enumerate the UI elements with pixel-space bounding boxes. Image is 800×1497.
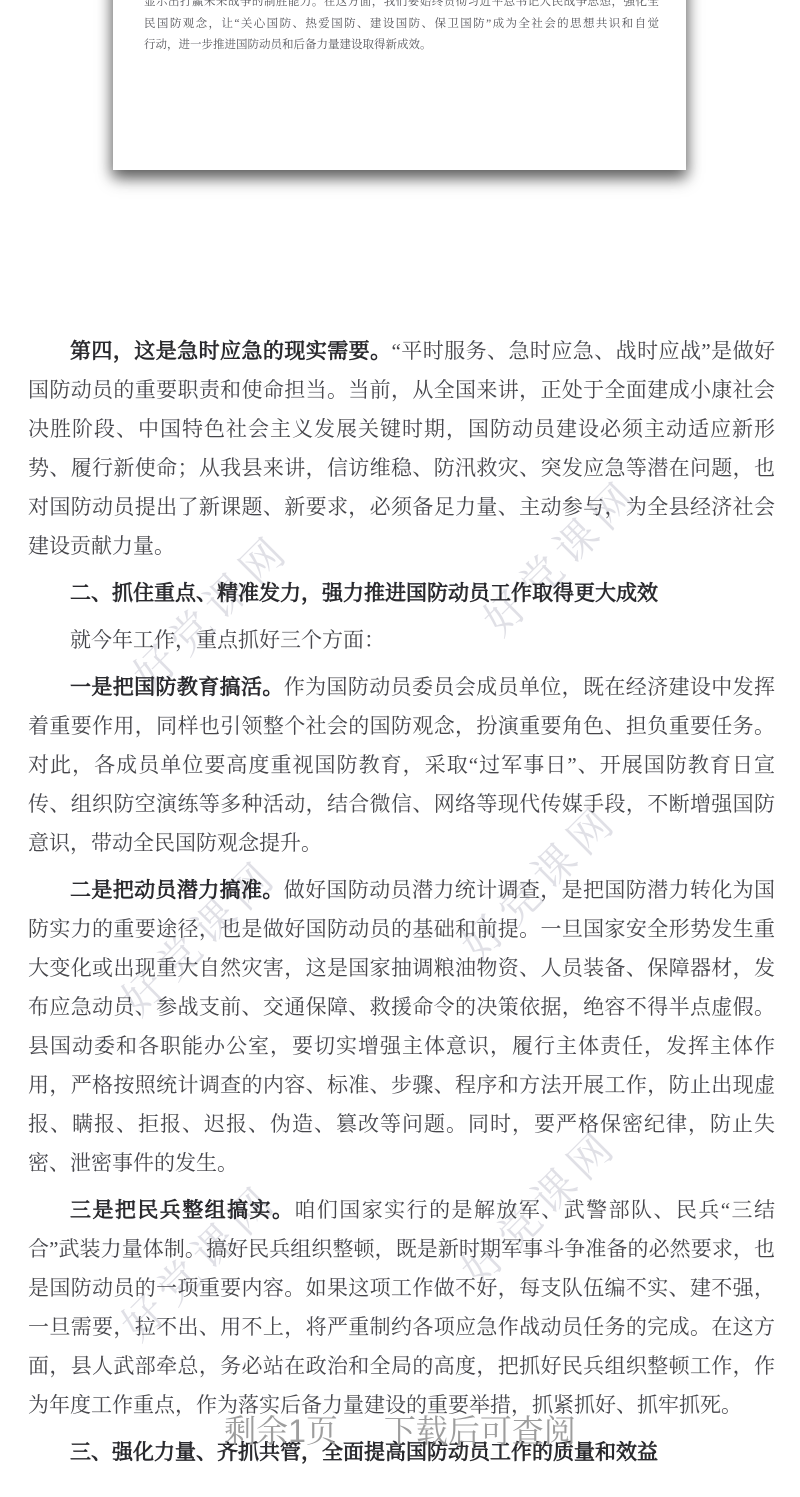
paragraph-fourth-need: 第四，这是急时应急的现实需要。“平时服务、急时应急、战时应战”是做好国防动员的重… <box>28 332 775 566</box>
paragraph-text: 做好国防动员潜力统计调查，是把国防潜力转化为国防实力的重要途径，也是做好国防动员… <box>28 878 775 1175</box>
section-heading-2: 二、抓住重点、精准发力，强力推进国防动员工作取得更大成效 <box>28 574 775 613</box>
download-hint-label: 下载后可查阅 <box>384 1413 576 1449</box>
paragraph-text: 就今年工作，重点抓好三个方面： <box>70 628 385 652</box>
preview-footer: 剩余1页下载后可查阅 <box>0 1406 800 1452</box>
paragraph-first-defense-education: 一是把国防教育搞活。作为国防动员委员会成员单位，既在经济建设中发挥着重要作用，同… <box>28 668 775 863</box>
paragraph-lead: 三是把民兵整组搞实。 <box>70 1198 294 1222</box>
paragraph-third-militia-reorganization: 三是把民兵整组搞实。咱们国家实行的是解放军、武警部队、民兵“三结合”武装力量体制… <box>28 1191 775 1425</box>
paragraph-second-mobilization-potential: 二是把动员潜力搞准。做好国防动员潜力统计调查，是把国防潜力转化为国防实力的重要途… <box>28 871 775 1183</box>
page-1-line: 显示出打赢未来战争的制胜能力。在这方面，我们要始终贯彻习近平总书记人民战争思想，… <box>144 0 659 14</box>
paragraph-lead: 二是把动员潜力搞准。 <box>70 878 284 902</box>
paragraph-text: 咱们国家实行的是解放军、武警部队、民兵“三结合”武装力量体制。搞好民兵组织整顿，… <box>28 1198 775 1417</box>
paragraph-lead: 一是把国防教育搞活。 <box>70 675 284 699</box>
page-2-content: 第四，这是急时应急的现实需要。“平时服务、急时应急、战时应战”是做好国防动员的重… <box>28 332 775 1480</box>
page-1-text: 显示出打赢未来战争的制胜能力。在这方面，我们要始终贯彻习近平总书记人民战争思想，… <box>144 0 659 57</box>
paragraph-text: “平时服务、急时应急、战时应战”是做好国防动员的重要职责和使命担当。当前，从全国… <box>28 339 775 558</box>
paragraph-text: 作为国防动员委员会成员单位，既在经济建设中发挥着重要作用，同样也引领整个社会的国… <box>28 675 775 855</box>
page-1-sheet: 显示出打赢未来战争的制胜能力。在这方面，我们要始终贯彻习近平总书记人民战争思想，… <box>113 0 686 170</box>
paragraph-lead: 第四，这是急时应急的现实需要。 <box>70 339 392 363</box>
document-preview-page: 好党课网 好党课网 好党课网 好党课网 好党课网 好党课网 显示出打赢未来战争的… <box>0 0 800 1497</box>
page-1-line: 民国防观念，让“关心国防、热爱国防、建设国防、保卫国防”成为全社会的思想共识和自… <box>144 14 659 36</box>
paragraph-intro-three-aspects: 就今年工作，重点抓好三个方面： <box>28 621 775 660</box>
page-1-line: 行动，进一步推进国防动员和后备力量建设取得新成效。 <box>144 35 659 57</box>
remaining-pages-label: 剩余1页 <box>224 1413 338 1449</box>
